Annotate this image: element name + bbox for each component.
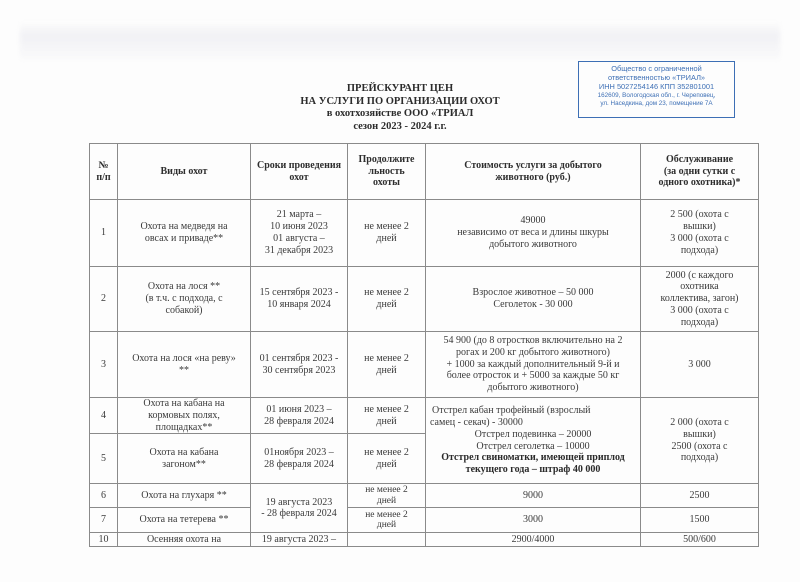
title-line-4: сезон 2023 - 2024 г.г. — [250, 121, 550, 134]
header-hunt-type: Виды охот — [118, 144, 251, 200]
hunt-duration: не менее 2 дней — [348, 508, 426, 533]
hunt-service: 3 000 — [641, 332, 759, 398]
stamp-line-3: ИНН 5027254146 КПП 352801001 — [579, 83, 734, 92]
table-row: 6 Охота на глухаря ** 19 августа 2023 - … — [90, 484, 759, 508]
hunt-cost: Взрослое животное – 50 000 Сеголеток - 3… — [426, 267, 641, 332]
hunt-type: Охота на глухаря ** — [118, 484, 251, 508]
hunt-service: 1500 — [641, 508, 759, 533]
header-duration: Продолжите льность охоты — [348, 144, 426, 200]
hunt-type: Охота на тетерева ** — [118, 508, 251, 533]
hunt-duration: не менее 2 дней — [348, 398, 426, 434]
hunt-duration: не менее 2 дней — [348, 434, 426, 484]
boar-cost-line: Отстрел кабан трофейный (взрослый — [428, 405, 638, 417]
row-number: 4 — [90, 398, 118, 434]
title-line-2: НА УСЛУГИ ПО ОРГАНИЗАЦИИ ОХОТ — [250, 96, 550, 109]
hunt-type: Охота на кабана на кормовых полях, площа… — [118, 398, 251, 434]
table-row: 1 Охота на медведя на овсах и приваде** … — [90, 200, 759, 267]
hunt-service: 2500 — [641, 484, 759, 508]
hunt-cost: 49000 независимо от веса и длины шкуры д… — [426, 200, 641, 267]
table-row: 7 Охота на тетерева ** не менее 2 дней 3… — [90, 508, 759, 533]
row-number: 5 — [90, 434, 118, 484]
boar-cost: Отстрел кабан трофейный (взрослый самец … — [426, 398, 641, 484]
price-table: № п/п Виды охот Сроки проведения охот Пр… — [89, 143, 759, 547]
hunt-dates: 21 марта – 10 июня 2023 01 августа – 31 … — [251, 200, 348, 267]
hunt-cost: 3000 — [426, 508, 641, 533]
row-number: 1 — [90, 200, 118, 267]
row-number: 3 — [90, 332, 118, 398]
hunt-dates: 01ноября 2023 – 28 февраля 2024 — [251, 434, 348, 484]
title-line-1: ПРЕЙСКУРАНТ ЦЕН — [250, 83, 550, 96]
table-header-row: № п/п Виды охот Сроки проведения охот Пр… — [90, 144, 759, 200]
boar-cost-line: Отстрел сеголетка – 10000 — [428, 441, 638, 453]
hunt-duration: не менее 2 дней — [348, 267, 426, 332]
hunt-duration: не менее 2 дней — [348, 484, 426, 508]
hunt-duration: не менее 2 дней — [348, 332, 426, 398]
hunt-cost: 9000 — [426, 484, 641, 508]
hunt-cost: 54 900 (до 8 отростков включительно на 2… — [426, 332, 641, 398]
hunt-dates: 15 сентября 2023 - 10 января 2024 — [251, 267, 348, 332]
stamp-line-4: 162609, Вологодская обл., г. Череповец, — [579, 92, 734, 100]
table-row: 3 Охота на лося «на реву» ** 01 сентября… — [90, 332, 759, 398]
company-stamp: Общество с ограниченной ответственностью… — [578, 61, 735, 118]
hunt-type: Охота на медведя на овсах и приваде** — [118, 200, 251, 267]
hunt-dates: 19 августа 2023 – — [251, 533, 348, 547]
hunt-duration: не менее 2 дней — [348, 200, 426, 267]
hunt-type: Охота на лося «на реву» ** — [118, 332, 251, 398]
hunt-service: 2 500 (охота с вышки) 3 000 (охота с под… — [641, 200, 759, 267]
header-number: № п/п — [90, 144, 118, 200]
hunt-service: 2000 (с каждого охотника коллектива, заг… — [641, 267, 759, 332]
header-dates: Сроки проведения охот — [251, 144, 348, 200]
table-row: 4 Охота на кабана на кормовых полях, пло… — [90, 398, 759, 434]
hunt-type: Охота на кабана загоном** — [118, 434, 251, 484]
header-service: Обслуживание (за одни сутки с одного охо… — [641, 144, 759, 200]
title-line-3: в охотхозяйстве ООО «ТРИАЛ — [250, 108, 550, 121]
grouse-dates: 19 августа 2023 - 28 февраля 2024 — [251, 484, 348, 533]
hunt-duration — [348, 533, 426, 547]
hunt-dates: 01 июня 2023 – 28 февраля 2024 — [251, 398, 348, 434]
hunt-cost: 2900/4000 — [426, 533, 641, 547]
boar-service: 2 000 (охота с вышки) 2500 (охота с подх… — [641, 398, 759, 484]
boar-cost-line: Отстрел подевинка – 20000 — [428, 429, 638, 441]
table-row: 10 Осенняя охота на 19 августа 2023 – 29… — [90, 533, 759, 547]
row-number: 7 — [90, 508, 118, 533]
row-number: 10 — [90, 533, 118, 547]
row-number: 6 — [90, 484, 118, 508]
header-cost: Стоимость услуги за добытого животного (… — [426, 144, 641, 200]
hunt-service: 500/600 — [641, 533, 759, 547]
hunt-type: Осенняя охота на — [118, 533, 251, 547]
scan-smudge — [20, 22, 780, 62]
hunt-dates: 01 сентября 2023 - 30 сентября 2023 — [251, 332, 348, 398]
row-number: 2 — [90, 267, 118, 332]
table-row: 2 Охота на лося ** (в т.ч. с подхода, с … — [90, 267, 759, 332]
boar-penalty: Отстрел свиноматки, имеющей приплод теку… — [428, 452, 638, 476]
hunt-type: Охота на лося ** (в т.ч. с подхода, с со… — [118, 267, 251, 332]
document-title: ПРЕЙСКУРАНТ ЦЕН НА УСЛУГИ ПО ОРГАНИЗАЦИИ… — [250, 83, 550, 133]
boar-cost-line: самец - секач) - 30000 — [428, 417, 638, 429]
stamp-line-5: ул. Наседкина, дом 23, помещение 7А — [579, 100, 734, 108]
